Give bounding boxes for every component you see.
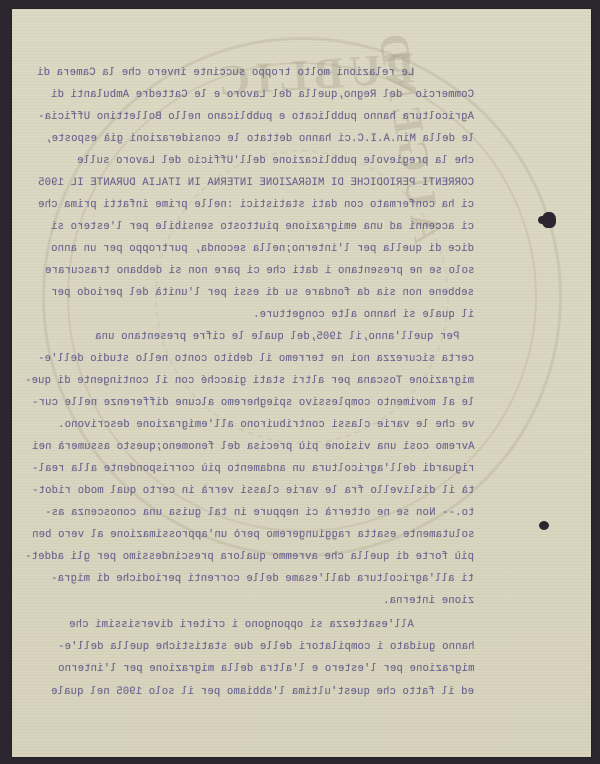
text-line: tà il dislivello fra le varie classi ver… xyxy=(32,485,475,497)
text-line: migrazione per l'estero e l'altra della … xyxy=(58,663,474,675)
text-line: All'esattezza si oppongono i criteri div… xyxy=(69,619,414,631)
text-line: ti all'agricoltura dall'esame delle corr… xyxy=(51,573,474,585)
text-line: Per quell'anno,il 1905,del quale le cifr… xyxy=(95,331,459,343)
text-line: il quale si hanno alte congetture. xyxy=(253,309,474,321)
text-line: Avremo così una visione più precisa del … xyxy=(32,441,475,453)
text-line: certa sicurezza noi ne terremo il debito… xyxy=(38,353,474,365)
text-line: ed il fatto che quest'ultima l'abbiamo p… xyxy=(51,686,474,698)
text-line: ve che le varie classi contribuirono all… xyxy=(58,419,474,431)
binding-hole-lower xyxy=(539,521,549,530)
text-line: più forte di quella che avremmo qualora … xyxy=(25,551,474,563)
text-line: le al movimento complessivo spiegheremo … xyxy=(32,397,475,409)
text-line: migrazione Toscana per altri stati giacc… xyxy=(25,375,474,387)
text-line: Le relazioni molto troppo succinte inver… xyxy=(37,67,414,79)
text-line: hanno guidato i compilatori delle due st… xyxy=(58,641,474,653)
text-line: ci accenni ad una emigrazione piuttosto … xyxy=(51,221,474,233)
document-page: PUBLIC AUGEND Le relazioni molto troppo … xyxy=(12,9,591,757)
text-line: zione interna. xyxy=(383,595,474,607)
text-line: Commercio del Regno,quella del Lavoro e … xyxy=(51,89,474,101)
text-line: solo se ne presentano i dati che ci pare… xyxy=(45,265,474,277)
text-line: dice di quella per l'interno;nella secon… xyxy=(51,243,474,255)
text-line: sebbene non sia da fondare su di essi pe… xyxy=(51,287,474,299)
text-line: che la pregievole pubblicazione dell'Uff… xyxy=(77,155,474,167)
text-line: to.-- Non se ne otterrà ci neppure in ta… xyxy=(45,507,474,519)
text-line: solutamente esatta raggiungeremo però un… xyxy=(32,529,475,541)
binding-hole-upper xyxy=(542,212,556,228)
text-line: ci ha confermato con dati statistici :ne… xyxy=(38,199,474,211)
text-line: riguardi dell'agricoltura un andamento p… xyxy=(32,463,475,475)
text-line: Agricoltura hanno pubblicato e pubblican… xyxy=(38,111,474,123)
text-line: CORRENTI PERIODICHE DI MIGRAZIONE INTERN… xyxy=(38,177,474,189)
text-line: le della Min.A.I.C.ci hanno dettato le c… xyxy=(45,133,474,145)
